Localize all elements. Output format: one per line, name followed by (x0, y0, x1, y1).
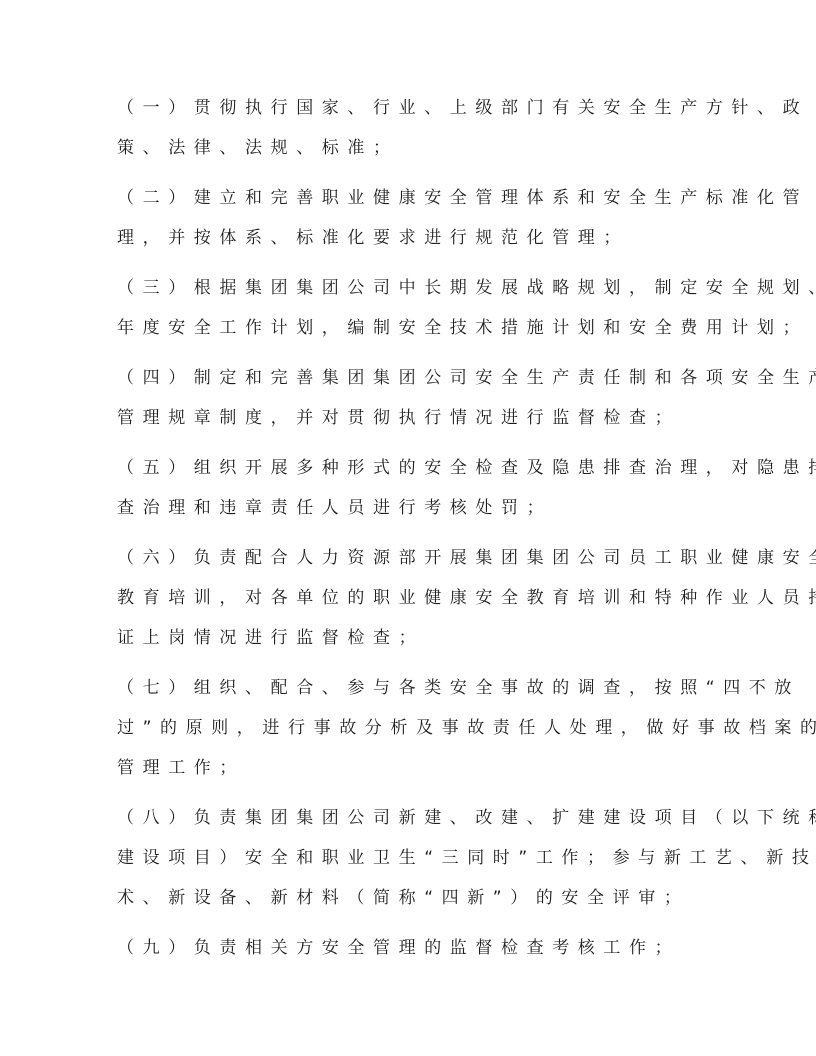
paragraph-8-line-1: （八）负责集团集团公司新建、改建、扩建建设项目（以下统称 (117, 807, 816, 829)
paragraph-6-line-2: 教育培训，对各单位的职业健康安全教育培训和特种作业人员持 (117, 587, 816, 609)
paragraph-1-line-1: （一）贯彻执行国家、行业、上级部门有关安全生产方针、政 (117, 97, 808, 119)
paragraph-2-line-2: 理，并按体系、标准化要求进行规范化管理； (117, 227, 629, 249)
paragraph-4-line-1: （四）制定和完善集团集团公司安全生产责任制和各项安全生产 (117, 367, 816, 389)
paragraph-3-line-1: （三）根据集团集团公司中长期发展战略规划，制定安全规划、 (117, 277, 816, 299)
paragraph-8-line-2: 建设项目）安全和职业卫生“三同时”工作；参与新工艺、新技 (117, 847, 816, 869)
paragraph-5-line-1: （五）组织开展多种形式的安全检查及隐患排查治理，对隐患排 (117, 457, 816, 479)
paragraph-6-line-3: 证上岗情况进行监督检查； (117, 627, 424, 649)
paragraph-6-line-1: （六）负责配合人力资源部开展集团集团公司员工职业健康安全 (117, 547, 816, 569)
paragraph-5-line-2: 查治理和违章责任人员进行考核处罚； (117, 497, 552, 519)
paragraph-8-line-3: 术、新设备、新材料（简称“四新”）的安全评审； (117, 887, 689, 909)
paragraph-1-line-2: 策、法律、法规、标准； (117, 137, 399, 159)
paragraph-2-line-1: （二）建立和完善职业健康安全管理体系和安全生产标准化管 (117, 187, 808, 209)
paragraph-7-line-1: （七）组织、配合、参与各类安全事故的调查，按照“四不放 (117, 677, 800, 699)
paragraph-4-line-2: 管理规章制度，并对贯彻执行情况进行监督检查； (117, 407, 680, 429)
paragraph-9-line-1: （九）负责相关方安全管理的监督检查考核工作； (117, 937, 680, 959)
paragraph-7-line-3: 管理工作； (117, 757, 245, 779)
document-page: （一）贯彻执行国家、行业、上级部门有关安全生产方针、政 策、法律、法规、标准； … (0, 0, 816, 1056)
paragraph-3-line-2: 年度安全工作计划，编制安全技术措施计划和安全费用计划； (117, 317, 808, 339)
paragraph-7-line-2: 过”的原则，进行事故分析及事故责任人处理，做好事故档案的 (117, 717, 816, 739)
